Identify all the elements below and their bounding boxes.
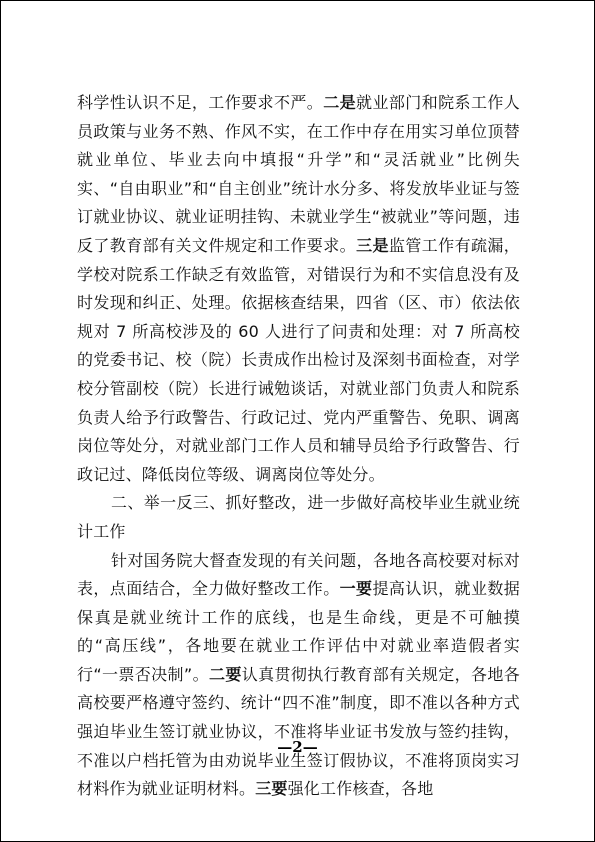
- paragraph-3: 针对国务院大督查发现的有关问题，各地各高校要对标对表，点面结合，全力做好整改工作…: [77, 547, 520, 804]
- bold-label-san-shi: 三是: [356, 236, 389, 255]
- page-number: —2—: [1, 738, 594, 756]
- bold-label-san-yao: 三要: [255, 779, 287, 798]
- paragraph-1: 科学性认识不足，工作要求不严。二是就业部门和院系工作人员政策与业务不熟、作风不实…: [77, 89, 520, 489]
- document-page: 科学性认识不足，工作要求不严。二是就业部门和院系工作人员政策与业务不熟、作风不实…: [0, 0, 595, 842]
- heading-text: 二、举一反三、抓好整改，进一步做好高校毕业生就业统计工作: [77, 493, 520, 541]
- bold-label-yi-yao: 一要: [340, 579, 373, 598]
- body-text: 科学性认识不足，工作要求不严。二是就业部门和院系工作人员政策与业务不熟、作风不实…: [77, 89, 520, 804]
- text-segment: 监管工作有疏漏，学校对院系工作缺乏有效监管，对错误行为和不实信息没有及时发现和纠…: [77, 236, 520, 484]
- text-segment: 就业部门和院系工作人员政策与业务不熟、作风不实，在工作中存在用实习单位顶替就业单…: [77, 93, 520, 255]
- section-heading: 二、举一反三、抓好整改，进一步做好高校毕业生就业统计工作: [77, 489, 520, 546]
- text-segment: 强化工作核查，各地: [288, 779, 434, 798]
- text-segment: 科学性认识不足，工作要求不严。: [77, 93, 323, 112]
- bold-label-er-yao: 二要: [209, 665, 242, 684]
- bold-label-er-shi: 二是: [323, 93, 356, 112]
